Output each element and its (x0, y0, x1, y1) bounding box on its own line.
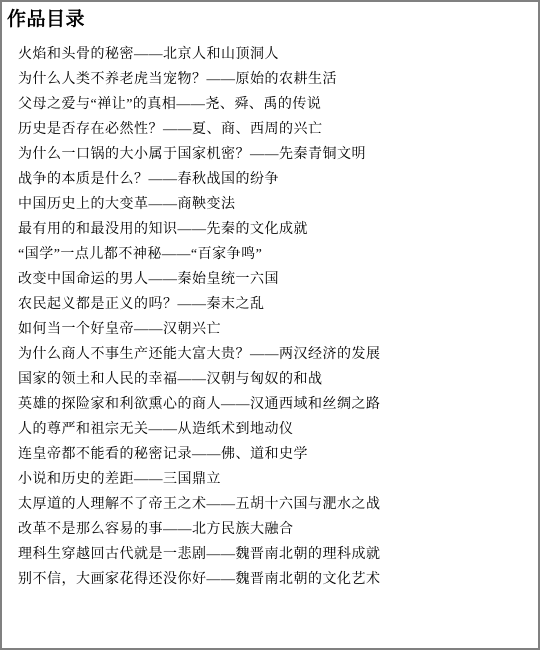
page-title: 作品目录 (7, 9, 530, 31)
toc-item: 为什么一口锅的大小属于国家机密？——先秦青铜文明 (18, 142, 530, 167)
toc-item: 父母之爱与“禅让”的真相——尧、舜、禹的传说 (18, 92, 530, 117)
toc-item: 别不信，大画家花得还没你好——魏晋南北朝的文化艺术 (18, 567, 530, 592)
toc-item: 理科生穿越回古代就是一悲剧——魏晋南北朝的理科成就 (18, 542, 530, 567)
toc-item: 为什么商人不事生产还能大富大贵？——两汉经济的发展 (18, 342, 530, 367)
toc-item: 改变中国命运的男人——秦始皇统一六国 (18, 267, 530, 292)
toc-item: 国家的领土和人民的幸福——汉朝与匈奴的和战 (18, 367, 530, 392)
toc-item: 火焰和头骨的秘密——北京人和山顶洞人 (18, 42, 530, 67)
toc-item: 改革不是那么容易的事——北方民族大融合 (18, 517, 530, 542)
toc-item: 农民起义都是正义的吗？——秦末之乱 (18, 292, 530, 317)
toc-list: 火焰和头骨的秘密——北京人和山顶洞人为什么人类不养老虎当宠物？——原始的农耕生活… (7, 42, 530, 592)
toc-item: 战争的本质是什么？——春秋战国的纷争 (18, 167, 530, 192)
toc-item: 为什么人类不养老虎当宠物？——原始的农耕生活 (18, 67, 530, 92)
toc-item: 中国历史上的大变革——商鞅变法 (18, 192, 530, 217)
toc-item: 英雄的探险家和利欲熏心的商人——汉通西域和丝绸之路 (18, 392, 530, 417)
toc-item: 小说和历史的差距——三国鼎立 (18, 467, 530, 492)
toc-item: 如何当一个好皇帝——汉朝兴亡 (18, 317, 530, 342)
toc-item: 最有用的和最没用的知识——先秦的文化成就 (18, 217, 530, 242)
toc-page: 作品目录 火焰和头骨的秘密——北京人和山顶洞人为什么人类不养老虎当宠物？——原始… (0, 0, 540, 650)
toc-item: 连皇帝都不能看的秘密记录——佛、道和史学 (18, 442, 530, 467)
toc-item: 人的尊严和祖宗无关——从造纸术到地动仪 (18, 417, 530, 442)
toc-item: “国学”一点儿都不神秘——“百家争鸣” (18, 242, 530, 267)
toc-item: 历史是否存在必然性？——夏、商、西周的兴亡 (18, 117, 530, 142)
toc-item: 太厚道的人理解不了帝王之术——五胡十六国与淝水之战 (18, 492, 530, 517)
